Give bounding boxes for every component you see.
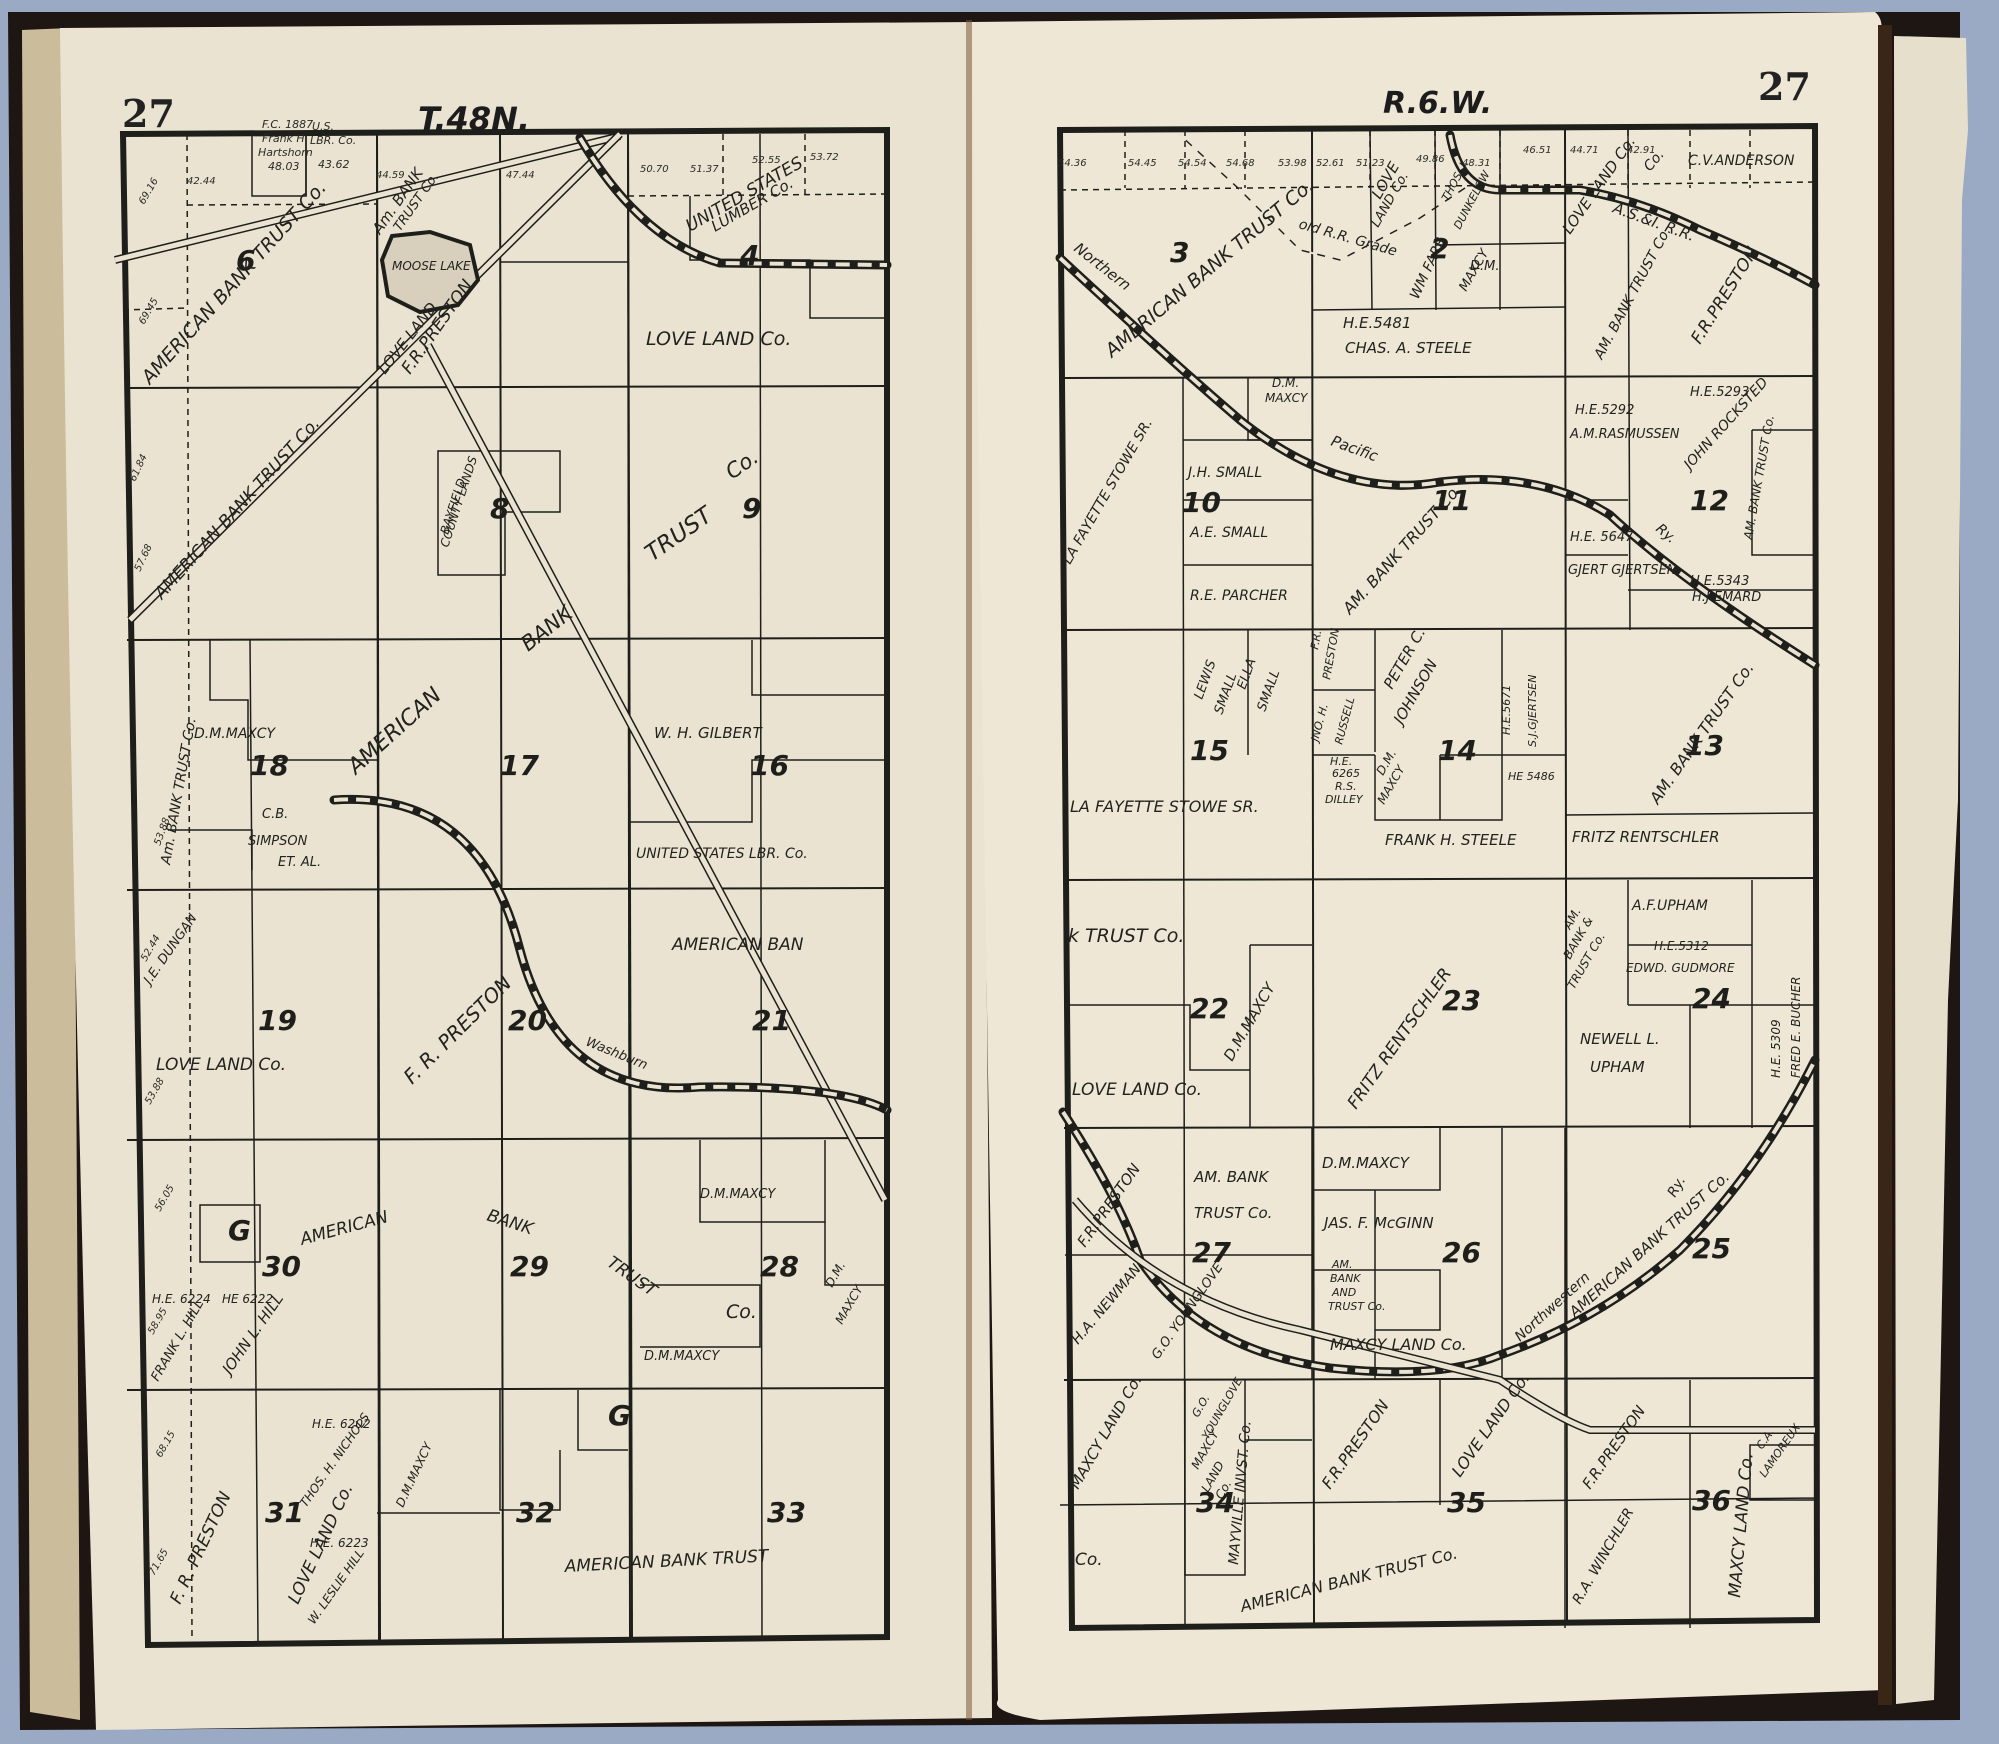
section-number: 16 bbox=[750, 749, 789, 782]
section-number: 10 bbox=[1182, 486, 1221, 519]
section-number: 26 bbox=[1442, 1236, 1481, 1269]
owner-label: NEWELL L. bbox=[1580, 1030, 1660, 1048]
owner-label: AND bbox=[1331, 1286, 1356, 1299]
owner-label: TRUST Co. bbox=[1328, 1300, 1386, 1313]
owner-label: D.M.MAXCY bbox=[194, 726, 277, 742]
owner-label: SIMPSON bbox=[248, 834, 308, 849]
owner-label: LA FAYETTE STOWE SR. bbox=[1070, 797, 1259, 816]
section-number: 25 bbox=[1692, 1232, 1731, 1265]
owner-label: C.V.ANDERSON bbox=[1688, 153, 1795, 169]
owner-label: J.H. SMALL bbox=[1185, 465, 1262, 481]
owner-label: H.E. 6223 bbox=[310, 1536, 369, 1550]
owner-label: H.E.5671 bbox=[1500, 685, 1513, 735]
right-page-number: 27 bbox=[1758, 64, 1811, 109]
owner-label: LOVE LAND Co. bbox=[1072, 1080, 1202, 1100]
owner-label: D.M.MAXCY bbox=[700, 1187, 776, 1202]
owner-label: MAXCY bbox=[1265, 391, 1309, 405]
acreage-label: 48.31 bbox=[1462, 158, 1491, 169]
owner-label: D.M.MAXCY bbox=[1322, 1154, 1411, 1172]
owner-label: Co. bbox=[1075, 1550, 1103, 1570]
book-spread-scan: 6489181716192021302928313233AMERICAN BAN… bbox=[0, 0, 1999, 1744]
owner-label: LOVE LAND Co. bbox=[646, 328, 791, 350]
owner-label: H.E. 5647 bbox=[1570, 530, 1634, 545]
section-number: 20 bbox=[508, 1004, 547, 1037]
section-number: 35 bbox=[1447, 1486, 1486, 1519]
owner-label: R.E. PARCHER bbox=[1190, 588, 1288, 604]
right-page-edge-dark bbox=[1878, 25, 1892, 1705]
section-number: 19 bbox=[258, 1004, 297, 1037]
section-number: 17 bbox=[500, 749, 539, 782]
left-page bbox=[60, 22, 992, 1730]
owner-label: S.J.GJERTSEN bbox=[1526, 675, 1539, 747]
owner-label: H.E.5343 bbox=[1690, 574, 1749, 589]
section-number: 14 bbox=[1438, 734, 1477, 767]
owner-label: R.S. bbox=[1335, 780, 1357, 793]
section-number: 15 bbox=[1190, 734, 1229, 767]
owner-label: C.B. bbox=[262, 807, 288, 822]
owner-label: W. H. GILBERT bbox=[654, 724, 764, 742]
boxed-parcel-label: U.S. bbox=[312, 120, 334, 133]
section-number: 12 bbox=[1690, 484, 1729, 517]
section-number: 28 bbox=[760, 1250, 799, 1283]
owner-label: 6265 bbox=[1332, 767, 1360, 780]
section-number: 21 bbox=[752, 1004, 791, 1037]
boxed-parcel-label: Frank H bbox=[262, 132, 305, 145]
section-number: 36 bbox=[1692, 1484, 1731, 1517]
owner-label: H.E. 5309 bbox=[1769, 1019, 1783, 1078]
owner-label: BANK bbox=[1330, 1272, 1361, 1285]
owner-label: UPHAM bbox=[1590, 1058, 1645, 1076]
acreage-label: 52.55 bbox=[752, 155, 781, 166]
acreage-label: 42.44 bbox=[187, 176, 216, 187]
owner-label: CHAS. A. STEELE bbox=[1345, 339, 1472, 357]
acreage-label: 44.71 bbox=[1570, 145, 1599, 156]
acreage-label: 50.70 bbox=[640, 164, 669, 175]
boxed-parcel-label: F.C. 1887 bbox=[262, 118, 313, 131]
acreage-label: 53.98 bbox=[1278, 158, 1307, 169]
government-lot-marker: G bbox=[608, 1399, 631, 1432]
acreage-label: 49.86 bbox=[1416, 154, 1445, 165]
owner-label: DILLEY bbox=[1325, 793, 1364, 806]
boxed-parcel-label: Hartshorn bbox=[258, 146, 313, 159]
section-number: 33 bbox=[767, 1496, 806, 1529]
section-number: 9 bbox=[742, 492, 761, 525]
left-page-number: 27 bbox=[122, 91, 175, 136]
section-number: 4 bbox=[739, 239, 759, 272]
owner-label: A.F.UPHAM bbox=[1631, 898, 1708, 914]
acreage-label: 54.54 bbox=[1178, 158, 1207, 169]
owner-label: AMERICAN BAN bbox=[671, 935, 804, 955]
acreage-label: 42.91 bbox=[1627, 145, 1656, 156]
boxed-parcel-label: 43.62 bbox=[318, 158, 350, 171]
acreage-label: 54.36 bbox=[1058, 158, 1087, 169]
section-number: 29 bbox=[510, 1250, 549, 1283]
government-lot-marker: G bbox=[228, 1214, 251, 1247]
owner-label: EDWD. GUDMORE bbox=[1626, 961, 1735, 975]
owner-label: D.M. bbox=[1272, 376, 1299, 390]
section-number: 30 bbox=[262, 1250, 301, 1283]
section-number: 24 bbox=[1692, 982, 1731, 1015]
boxed-parcel-label: 48.03 bbox=[268, 160, 300, 173]
acreage-label: 46.51 bbox=[1523, 145, 1552, 156]
owner-label: H.E.5292 bbox=[1575, 403, 1634, 418]
owner-label: k TRUST Co. bbox=[1068, 925, 1184, 947]
owner-label: Co. bbox=[726, 1301, 757, 1323]
section-number: 23 bbox=[1442, 984, 1481, 1017]
owner-label: LOVE LAND Co. bbox=[156, 1055, 286, 1075]
acreage-label: 54.45 bbox=[1128, 158, 1157, 169]
section-number: 8 bbox=[490, 492, 509, 525]
acreage-label: 53.72 bbox=[810, 152, 839, 163]
owner-label: TRUST Co. bbox=[1194, 1204, 1272, 1222]
owner-label: H.J.EMARD bbox=[1692, 590, 1761, 605]
owner-label: A.M.RASMUSSEN bbox=[1569, 427, 1680, 442]
owner-label: MAXCY LAND Co. bbox=[1330, 1335, 1467, 1354]
acreage-label: 51.23 bbox=[1356, 158, 1385, 169]
gutter bbox=[966, 20, 972, 1720]
owner-label: UNITED STATES LBR. Co. bbox=[636, 846, 808, 862]
owner-label: AM. bbox=[1331, 1258, 1353, 1271]
owner-label: AM. BANK bbox=[1193, 1168, 1270, 1186]
owner-label: FRITZ RENTSCHLER bbox=[1572, 828, 1720, 846]
owner-label: A.E. SMALL bbox=[1189, 525, 1268, 541]
owner-label: H.E.5481 bbox=[1343, 314, 1411, 332]
owner-label: FRANK H. STEELE bbox=[1385, 831, 1517, 849]
section-number: 3 bbox=[1170, 236, 1189, 269]
owner-label: JAS. F. McGINN bbox=[1321, 1214, 1434, 1232]
acreage-label: 54.68 bbox=[1226, 158, 1255, 169]
owner-label: GJERT GJERTSEN bbox=[1568, 563, 1677, 578]
acreage-label: 44.59 bbox=[376, 170, 405, 181]
acreage-label: 51.37 bbox=[690, 164, 719, 175]
section-number: 22 bbox=[1190, 992, 1229, 1025]
owner-label: FRED E. BUCHER bbox=[1789, 977, 1803, 1078]
acreage-label: 52.61 bbox=[1316, 158, 1345, 169]
owner-label: H.E.5312 bbox=[1654, 939, 1709, 953]
owner-label: MOOSE LAKE bbox=[392, 259, 471, 273]
acreage-label: 47.44 bbox=[506, 170, 535, 181]
owner-label: HE 5486 bbox=[1508, 770, 1555, 783]
section-number: 32 bbox=[516, 1496, 555, 1529]
owner-label: D.M.MAXCY bbox=[644, 1349, 720, 1364]
section-number: 18 bbox=[250, 749, 289, 782]
range-header: R.6.W. bbox=[1383, 86, 1492, 121]
owner-label: ET. AL. bbox=[278, 855, 321, 870]
township-header: T.48N. bbox=[418, 100, 530, 138]
boxed-parcel-label: LBR. Co. bbox=[310, 134, 356, 147]
